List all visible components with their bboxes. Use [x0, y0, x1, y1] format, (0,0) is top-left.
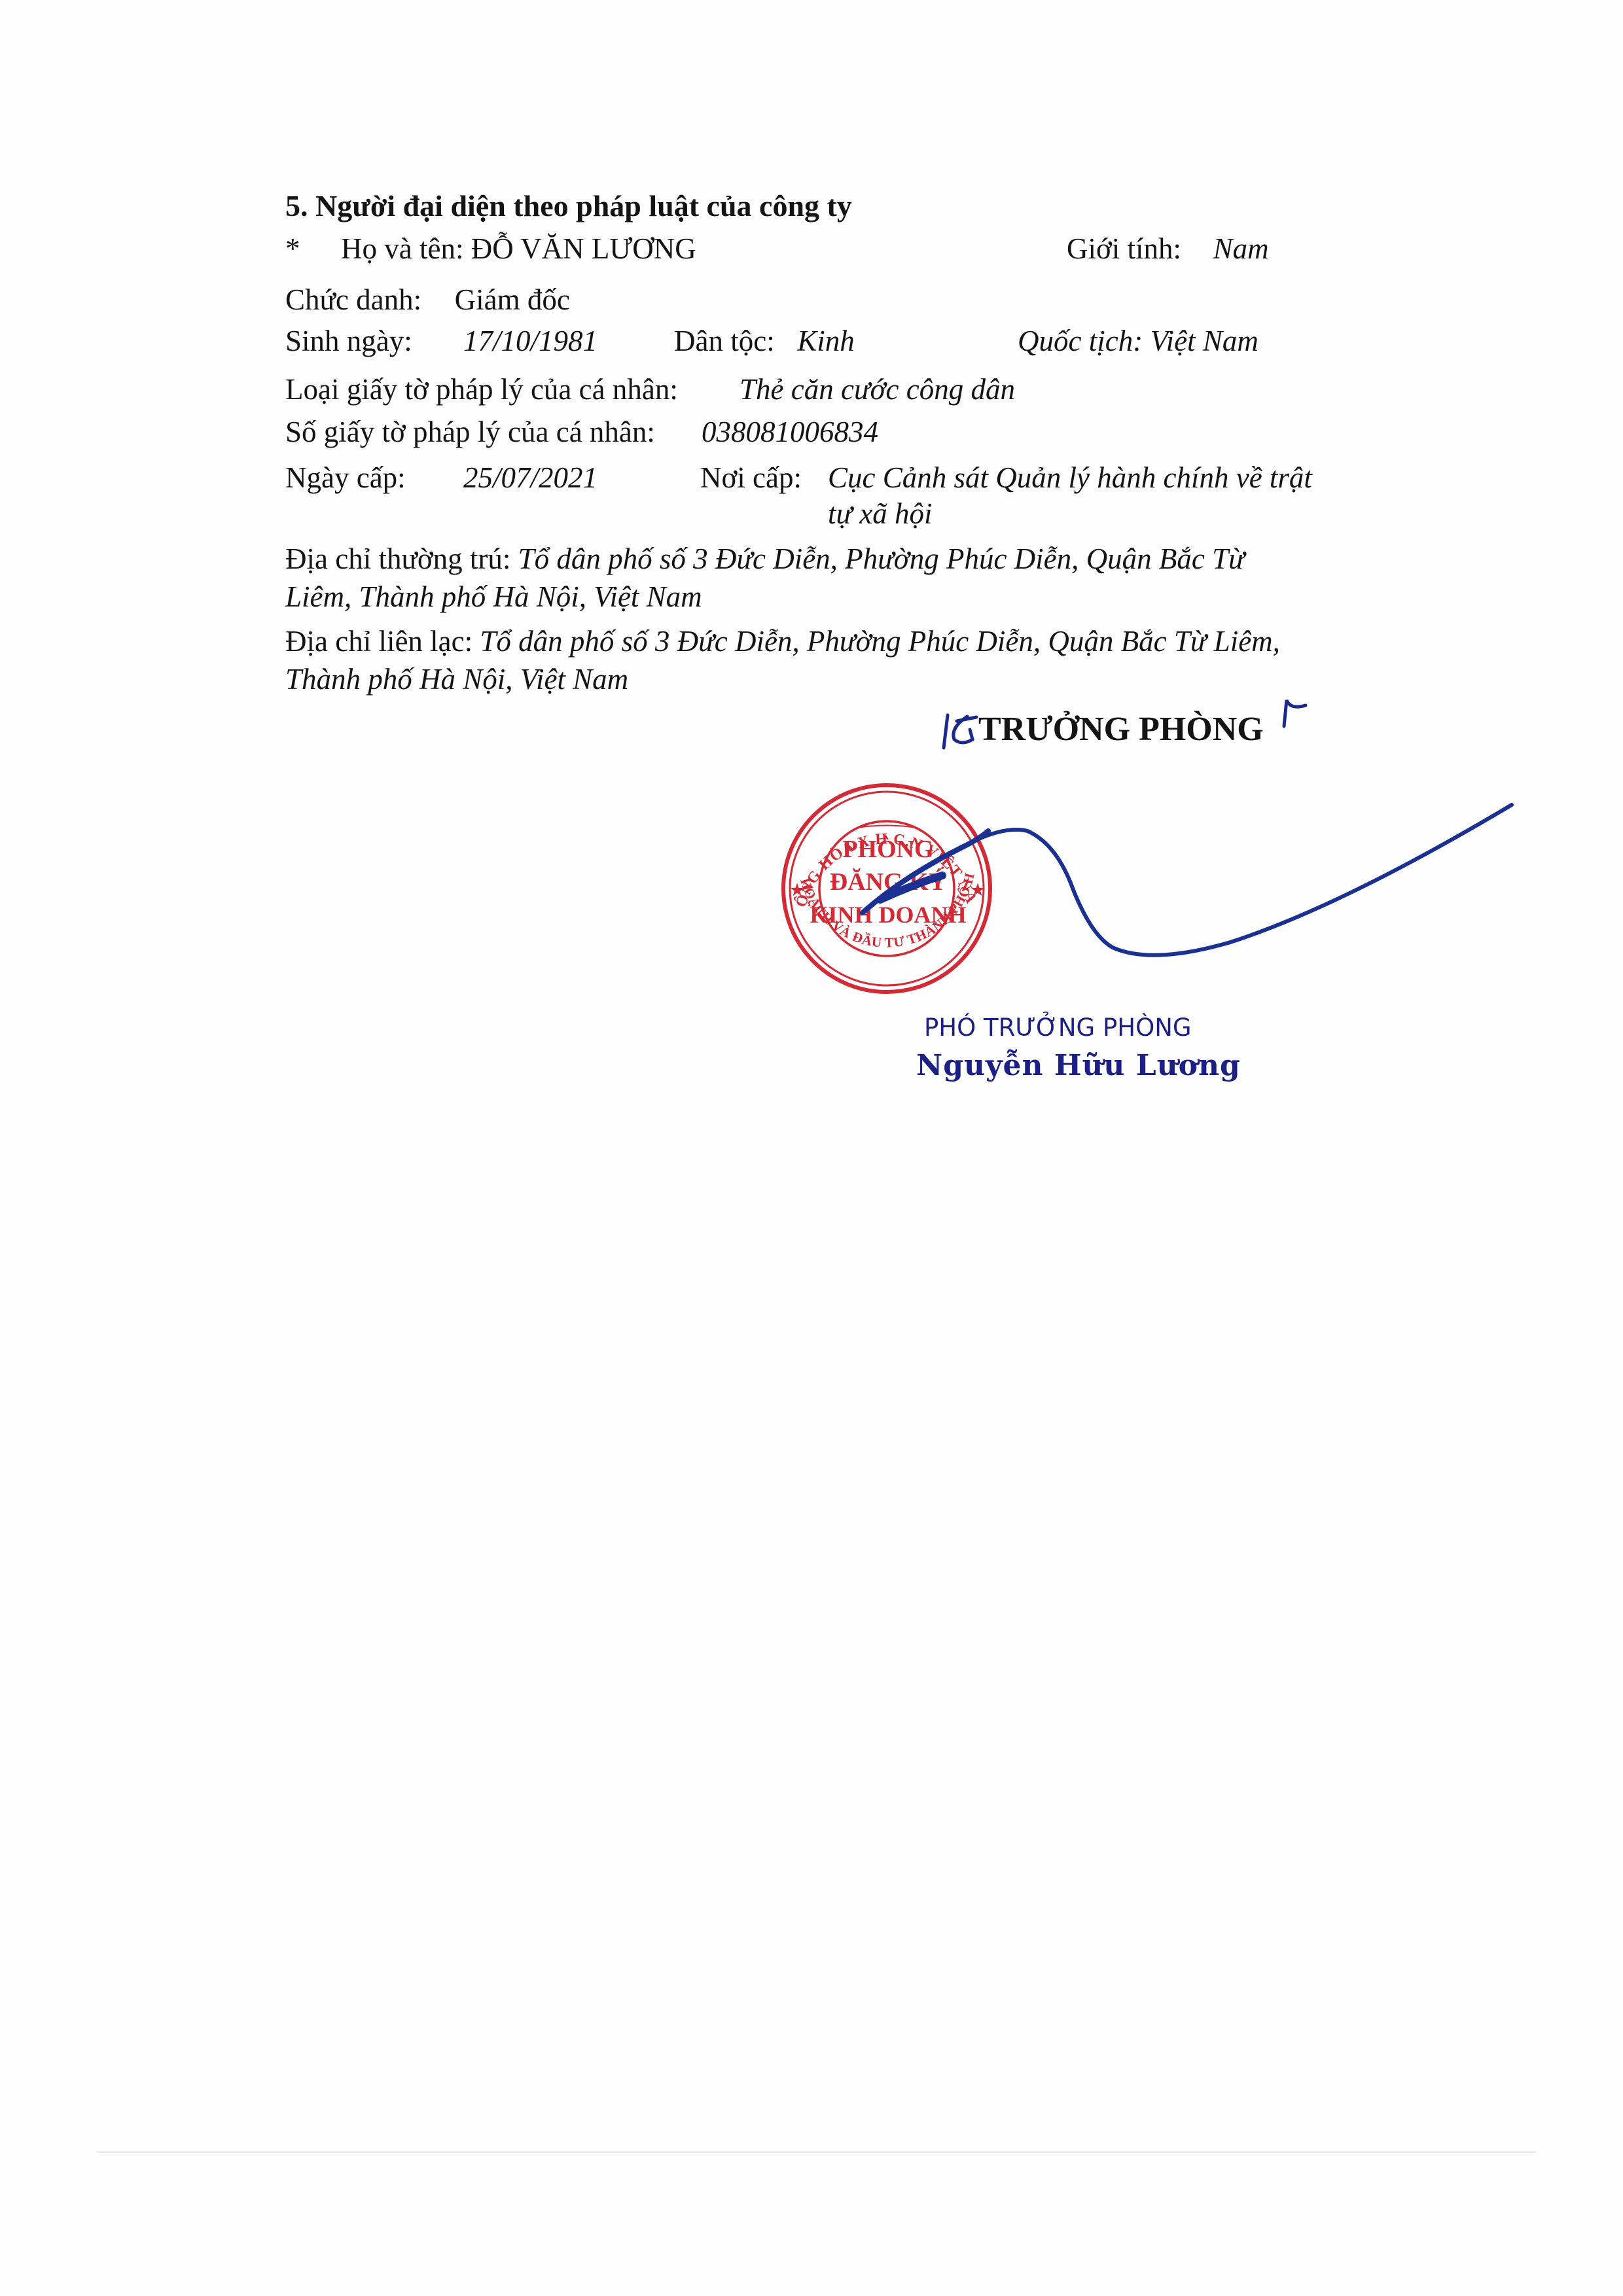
signature-stamp-overlay: CỘNG HÒA X.H.C.N VIỆT NAM SỞ KẾ HOẠCH VÀ…: [0, 0, 1623, 2296]
stamp-center-line3: KINH DOANH: [810, 902, 966, 928]
document-page: 5. Người đại diện theo pháp luật của côn…: [0, 0, 1623, 2296]
official-stamp: CỘNG HÒA X.H.C.N VIỆT NAM SỞ KẾ HOẠCH VÀ…: [0, 0, 990, 992]
handwritten-kt-mark: [944, 715, 976, 748]
stamp-outer-top-text: CỘNG HÒA X.H.C.N VIỆT NAM: [0, 0, 980, 910]
stamp-center-line1: PHÒNG: [842, 836, 933, 863]
stamp-outer-bottom-text: SỞ KẾ HOẠCH VÀ ĐẦU TƯ THÀNH PHỐ HÀ NỘI: [0, 0, 978, 951]
handwritten-initial-mark: [1284, 700, 1306, 726]
signer-name: Nguyễn Hữu Lương: [916, 1048, 1241, 1084]
svg-text:SỞ KẾ HOẠCH VÀ ĐẦU TƯ THÀNH PH: SỞ KẾ HOẠCH VÀ ĐẦU TƯ THÀNH PHỐ HÀ NỘI: [0, 0, 978, 951]
footer-divider: [97, 2151, 1537, 2153]
svg-text:★: ★: [971, 882, 985, 899]
svg-text:★: ★: [790, 882, 804, 899]
svg-text:CỘNG HÒA X.H.C.N VIỆT NAM: CỘNG HÒA X.H.C.N VIỆT NAM: [0, 0, 980, 910]
signer-title: PHÓ TRƯỞNG PHÒNG: [924, 1013, 1192, 1043]
